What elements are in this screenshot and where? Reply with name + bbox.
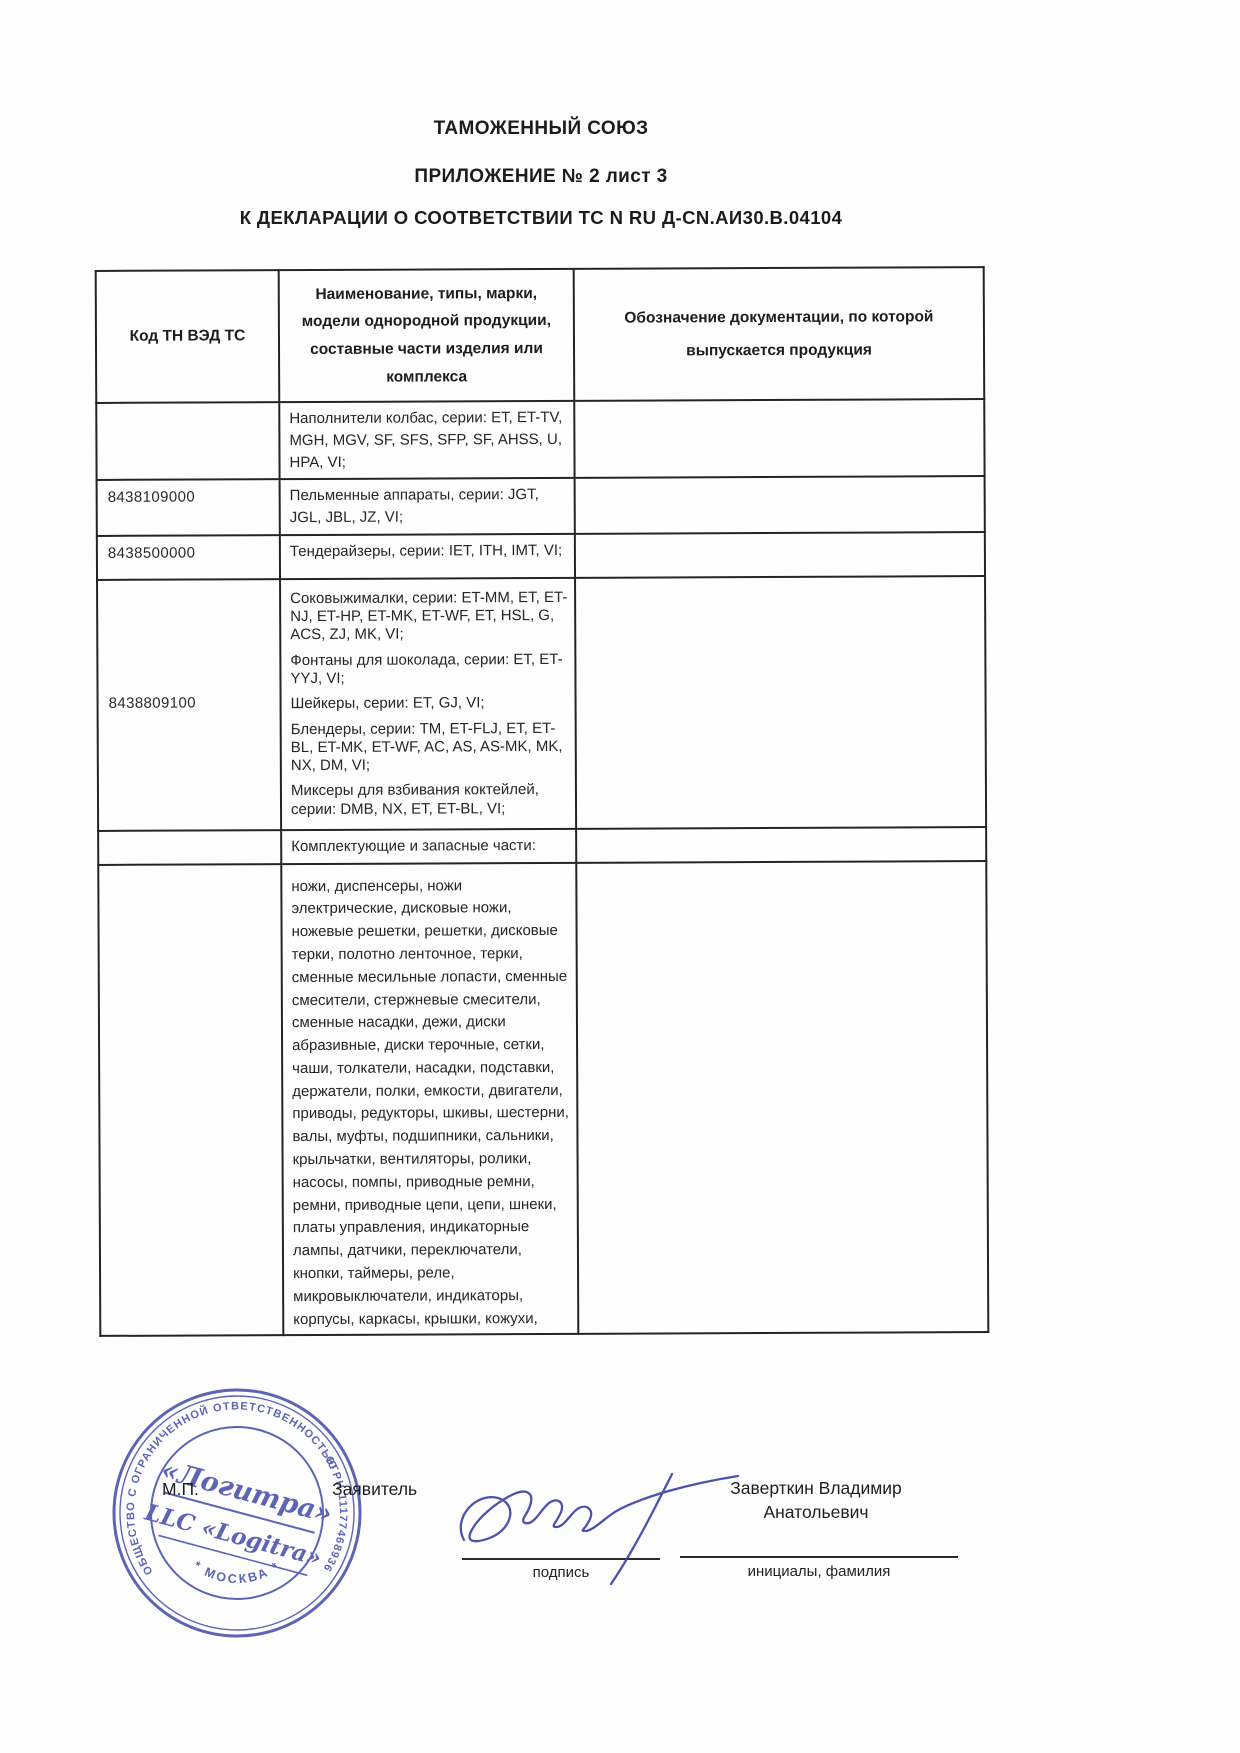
product-name-cell: ножи, диспенсеры, ножи электрические, ди… (281, 862, 578, 1335)
product-item-text: Наполнители колбас, серии: ET, ET-TV, MG… (289, 407, 567, 473)
table-row: 8438809100Соковыжималки, серии: ET-MM, E… (97, 576, 986, 831)
product-name-cell: Наполнители колбас, серии: ET, ET-TV, MG… (279, 401, 574, 480)
product-name-cell: Комплектующие и запасные части: (281, 829, 576, 864)
documentation-cell (575, 576, 986, 829)
products-table-body: Наполнители колбас, серии: ET, ET-TV, MG… (96, 399, 988, 1336)
stamp-city-text: * МОСКВА * (191, 1558, 284, 1586)
tn-ved-code-cell: 8438500000 (97, 535, 280, 580)
product-item-text: ножи, диспенсеры, ножи электрические, ди… (291, 874, 571, 1331)
header-code-column: Код ТН ВЭД ТС (96, 270, 280, 403)
product-item-text: Шейкеры, серии: ET, GJ, VI; (291, 694, 569, 714)
declaration-number-subtitle: К ДЕКЛАРАЦИИ О СООТВЕТСТВИИ ТС N RU Д-CN… (97, 207, 985, 229)
header-documentation-column: Обозначение документации, по которой вып… (574, 267, 985, 401)
documentation-cell (575, 532, 985, 578)
products-table: Код ТН ВЭД ТС Наименование, типы, марки,… (95, 266, 990, 1337)
tn-ved-code-cell (96, 402, 279, 480)
product-item-text: Пельменные аппараты, серии: JGT, JGL, JB… (290, 484, 568, 529)
table-row: Комплектующие и запасные части: (98, 827, 986, 864)
applicant-label: Заявитель (332, 1479, 417, 1500)
tn-ved-code-cell: 8438809100 (97, 579, 281, 831)
documentation-cell (576, 861, 988, 1335)
table-row: 8438500000Тендерайзеры, серии: IET, ITH,… (97, 532, 985, 580)
table-row: Наполнители колбас, серии: ET, ET-TV, MG… (96, 399, 984, 480)
product-item-text: Миксеры для взбивания коктейлей, серии: … (291, 781, 569, 819)
product-item-text: Комплектующие и запасные части: (291, 836, 569, 857)
product-item-text: Блендеры, серии: TM, ET-FLJ, ET, ET-BL, … (291, 719, 569, 775)
documentation-cell (576, 827, 986, 862)
tn-ved-code-cell: 8438109000 (97, 479, 280, 535)
table-row: ножи, диспенсеры, ножи электрические, ди… (98, 861, 988, 1337)
product-name-cell: Тендерайзеры, серии: IET, ITH, IMT, VI; (280, 534, 575, 579)
document-title: ТАМОЖЕННЫЙ СОЮЗ (97, 118, 985, 140)
product-name-cell: Пельменные аппараты, серии: JGT, JGL, JB… (280, 478, 575, 535)
product-item-text: Фонтаны для шоколада, серии: ET, ET-YYJ,… (290, 651, 568, 689)
product-item-text: Тендерайзеры, серии: IET, ITH, IMT, VI; (290, 540, 568, 563)
tn-ved-code-cell (98, 864, 283, 1337)
tn-ved-code-cell (98, 830, 281, 864)
table-row: 8438109000Пельменные аппараты, серии: JG… (97, 476, 985, 535)
signature-scribble (448, 1452, 758, 1597)
product-name-cell: Соковыжималки, серии: ET-MM, ET, ET-NJ, … (280, 578, 576, 831)
documentation-cell (575, 476, 985, 533)
header-name-column: Наименование, типы, марки, модели одноро… (279, 269, 575, 402)
stamp-center-group: «Логитра» LLC «Logitra» (139, 1453, 336, 1577)
products-table-header: Код ТН ВЭД ТС Наименование, типы, марки,… (96, 267, 985, 403)
appendix-subtitle: ПРИЛОЖЕНИЕ № 2 лист 3 (97, 166, 985, 188)
product-item-text: Соковыжималки, серии: ET-MM, ET, ET-NJ, … (290, 589, 568, 645)
stamp-place-mark: М.П. (162, 1479, 199, 1500)
company-stamp: ОБЩЕСТВО С ОГРАНИЧЕННОЙ ОТВЕТСТВЕННОСТЬЮ… (108, 1384, 366, 1642)
scanned-document-page: ТАМОЖЕННЫЙ СОЮЗ ПРИЛОЖЕНИЕ № 2 лист 3 К … (0, 0, 1240, 1753)
documentation-cell (574, 399, 984, 478)
